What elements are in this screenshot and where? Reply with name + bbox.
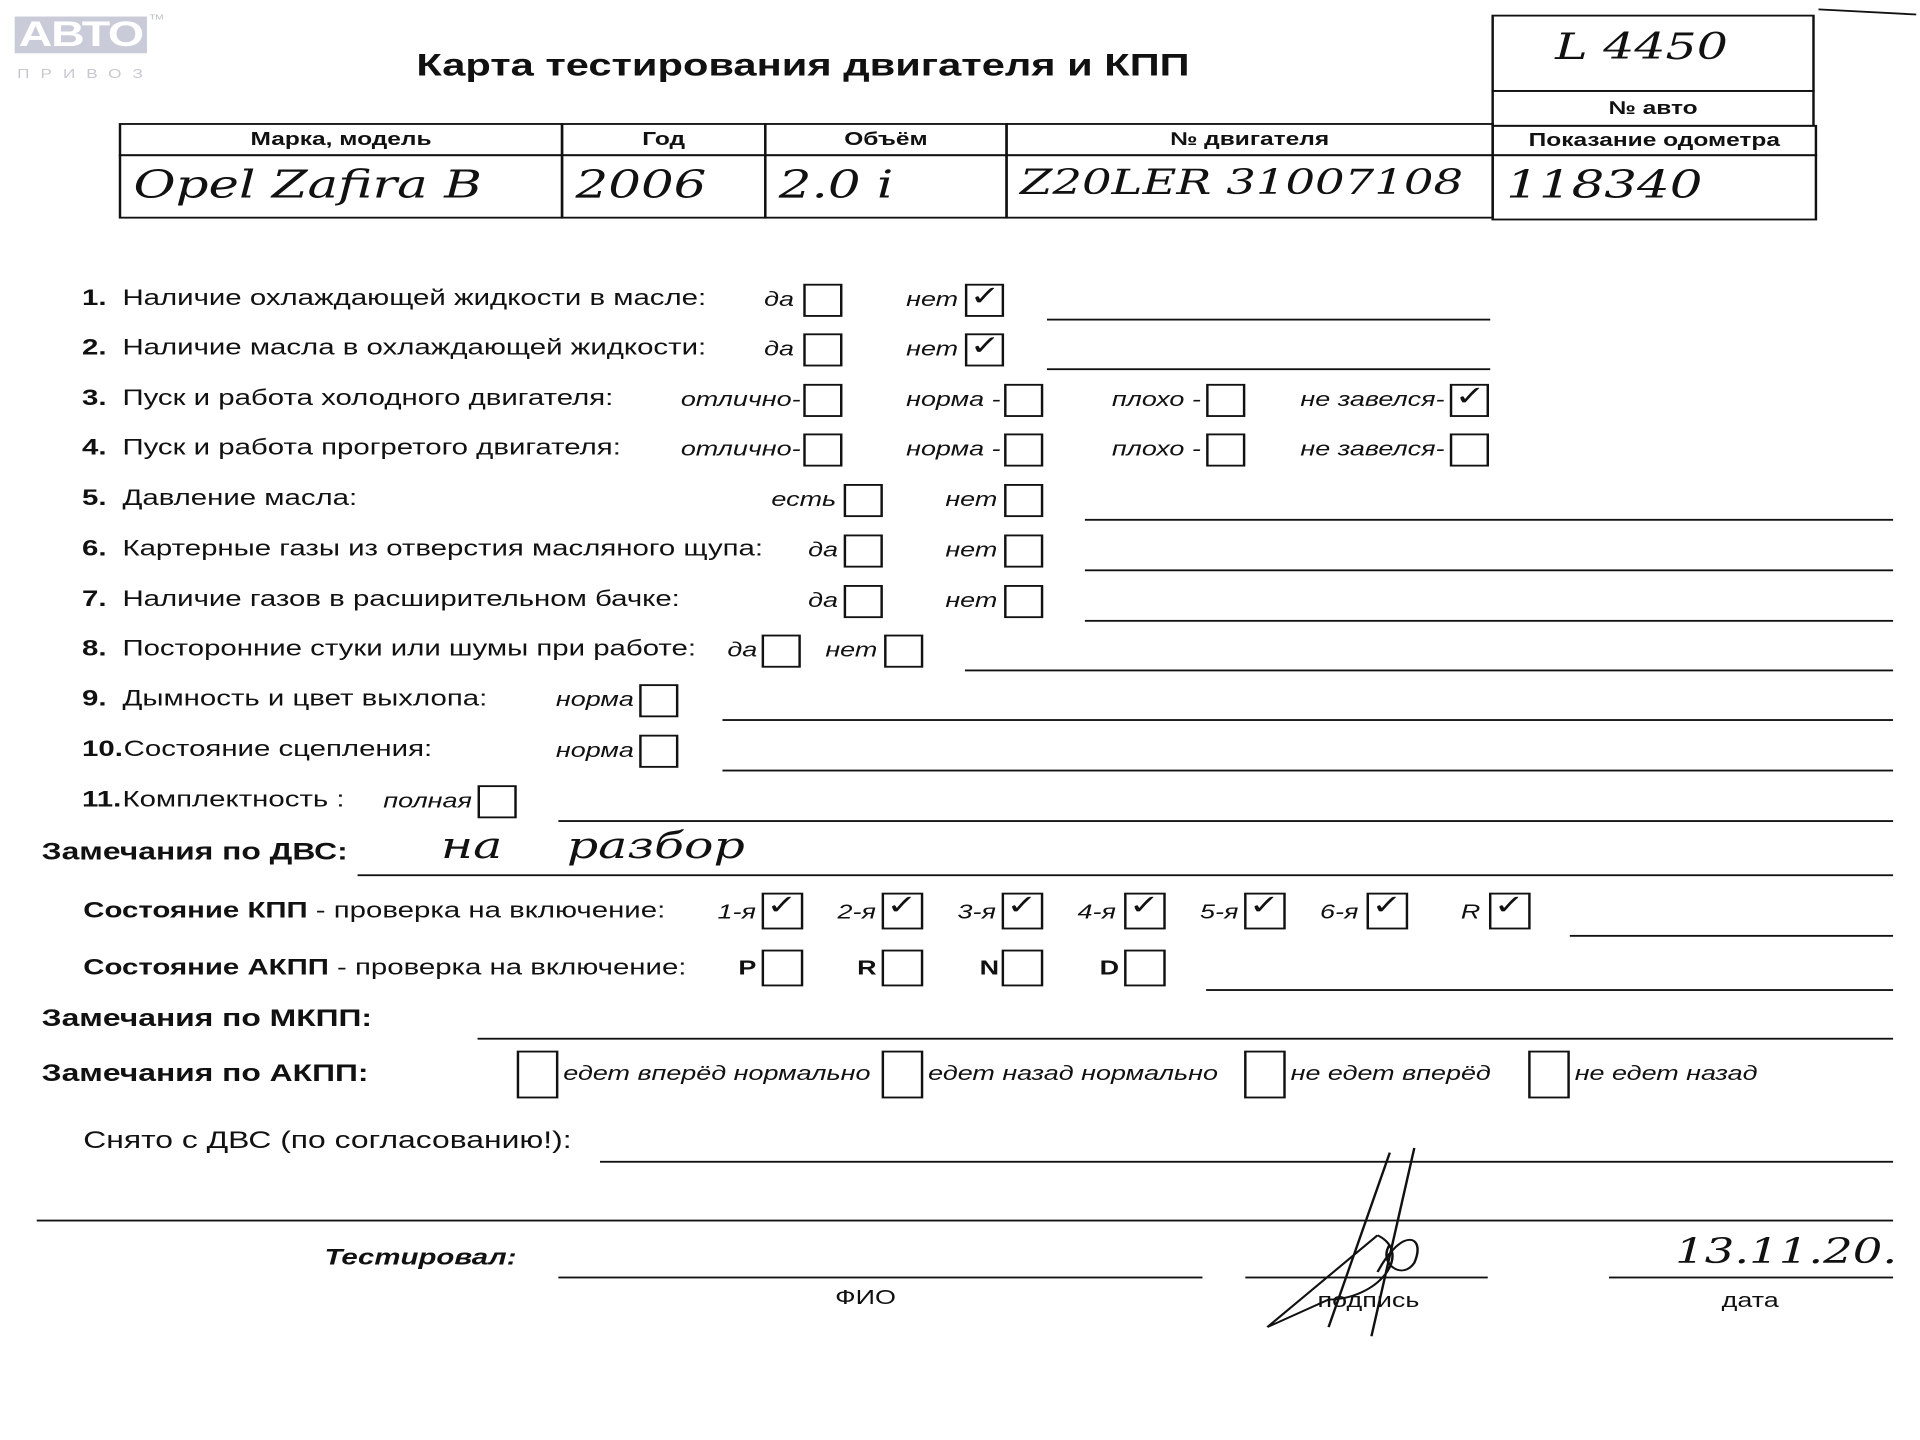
gear-checkbox[interactable]: ✓ (882, 893, 924, 930)
checkbox-да[interactable] (803, 333, 842, 366)
gearbox-label-rest: - проверка на включение: (308, 898, 666, 923)
check-mark-icon: ✓ (1494, 889, 1525, 922)
gear-label: 1-я (718, 900, 756, 924)
auto-remark-label: не едет вперёд (1291, 1062, 1491, 1086)
remarks-line[interactable] (1085, 620, 1893, 622)
option-label: нет (945, 589, 997, 613)
header-cell: Показание одометра (1491, 125, 1817, 156)
item-number: 4. (82, 435, 107, 461)
checkbox-незавелся[interactable] (1450, 433, 1489, 466)
check-mark-icon: ✓ (1455, 380, 1486, 413)
page-title: Карта тестирования двигателя и КПП (416, 48, 1189, 84)
check-mark-icon: ✓ (970, 330, 1001, 363)
option-label: норма - (906, 437, 1000, 461)
option-label: отлично- (681, 388, 801, 412)
item-label: Давление масла: (122, 486, 357, 512)
remarks-line[interactable] (722, 770, 1893, 772)
item-label: Наличие охлаждающей жидкости в масле: (122, 286, 706, 312)
gear-checkbox[interactable]: ✓ (762, 893, 804, 930)
auto-remark-checkbox[interactable] (1244, 1051, 1286, 1099)
tested-by-label: Тестировал: (324, 1245, 516, 1271)
gear-label: 5-я (1200, 900, 1238, 924)
engine-remarks-line[interactable] (358, 874, 1894, 876)
remarks-line[interactable] (1047, 368, 1490, 370)
gear-label: 3-я (958, 900, 996, 924)
option-label: нет (906, 337, 958, 361)
option-label: плохо - (1112, 388, 1201, 412)
manual-remarks-label: Замечания по МКПП: (42, 1004, 372, 1032)
item-number: 5. (82, 486, 107, 512)
item-number: 3. (82, 386, 107, 412)
item-number: 2. (82, 335, 107, 361)
mode-label: D (1100, 956, 1119, 980)
section-divider (37, 1220, 1893, 1222)
item-number: 6. (82, 536, 107, 562)
option-label: да (764, 337, 794, 361)
removed-line[interactable] (600, 1161, 1893, 1163)
item-number: 7. (82, 587, 107, 613)
auto-gearbox-label: Состояние АКПП - проверка на включение: (83, 955, 686, 981)
auto-remark-label: едет назад нормально (928, 1062, 1218, 1086)
header-cell: Год (561, 123, 767, 156)
option-label: не завелся- (1300, 388, 1444, 412)
cell-value: Opel Zafira B (133, 162, 481, 207)
mode-checkbox[interactable] (762, 950, 804, 987)
value-cell[interactable]: 2006 (561, 154, 767, 218)
auto-remark-checkbox[interactable] (517, 1051, 559, 1099)
auto-remark-label: не едет назад (1575, 1062, 1758, 1086)
engine-remarks-value: на разбор (441, 825, 745, 867)
checkbox-незавелся[interactable]: ✓ (1450, 384, 1489, 417)
auto-gearbox-label-bold: Состояние АКПП (83, 955, 329, 980)
gear-checkbox[interactable]: ✓ (1489, 893, 1531, 930)
header-cell: Объём (764, 123, 1008, 156)
auto-gearbox-label-rest: - проверка на включение: (329, 955, 687, 980)
checkbox-да[interactable] (803, 284, 842, 317)
gear-label: 6-я (1320, 900, 1358, 924)
gearbox-label: Состояние КПП - проверка на включение: (83, 898, 665, 924)
checkbox-норма[interactable] (639, 684, 678, 717)
car-number-label-cell: № авто (1491, 90, 1814, 127)
gear-label: 4-я (1078, 900, 1116, 924)
mode-checkbox[interactable] (1124, 950, 1166, 987)
option-label: норма (556, 688, 634, 712)
checkbox-есть[interactable] (844, 484, 883, 517)
date-label: дата (1722, 1289, 1779, 1313)
cell-value: 2006 (576, 162, 707, 207)
option-label: да (808, 589, 838, 613)
item-number: 10. (82, 737, 123, 763)
gear-label: R (1461, 900, 1480, 924)
remarks-line[interactable] (965, 670, 1893, 672)
gear-checkbox[interactable]: ✓ (1367, 893, 1409, 930)
car-number-label: № авто (1494, 92, 1812, 125)
checkbox-да[interactable] (844, 585, 883, 618)
check-mark-icon: ✓ (970, 280, 1001, 313)
column-header: Показание одометра (1494, 127, 1815, 155)
item-number: 11. (82, 787, 121, 813)
fio-label: ФИО (835, 1286, 896, 1310)
decorative-line (1818, 8, 1916, 15)
removed-label: Снято с ДВС (по согласованию!): (83, 1126, 571, 1154)
car-number-value: L 4450 (1555, 26, 1728, 68)
manual-remarks-line[interactable] (478, 1038, 1894, 1040)
checkbox-норма[interactable] (1004, 433, 1043, 466)
remarks-line[interactable] (1085, 569, 1893, 571)
cell-value: 118340 (1506, 162, 1702, 207)
option-label: да (727, 638, 757, 662)
check-mark-icon: ✓ (1371, 889, 1402, 922)
mode-label: P (738, 956, 756, 980)
logo: АВТО (15, 17, 147, 54)
remarks-line[interactable] (558, 820, 1893, 822)
checkbox-полная[interactable] (478, 785, 517, 818)
item-label: Состояние сцепления: (124, 737, 432, 763)
item-label: Комплектность : (122, 787, 344, 813)
checkbox-отлично[interactable] (803, 433, 842, 466)
header-cell: Марка, модель (119, 123, 563, 156)
gear-label: 2-я (838, 900, 876, 924)
option-label: да (764, 287, 794, 311)
check-mark-icon: ✓ (1129, 889, 1160, 922)
item-label: Пуск и работа прогретого двигателя: (122, 435, 620, 461)
option-label: есть (771, 488, 836, 512)
column-header: Объём (767, 125, 1006, 154)
value-cell[interactable]: Z20LER 31007108 (1005, 154, 1494, 218)
check-mark-icon: ✓ (1007, 889, 1038, 922)
date-line[interactable] (1609, 1277, 1893, 1279)
checkbox-плохо[interactable] (1206, 433, 1245, 466)
gearbox-label-bold: Состояние КПП (83, 898, 307, 923)
option-label: нет (825, 638, 877, 662)
checkbox-отлично[interactable] (803, 384, 842, 417)
option-label: плохо - (1112, 437, 1201, 461)
value-cell[interactable]: 118340 (1491, 154, 1817, 220)
checkbox-нет[interactable] (884, 635, 923, 668)
mode-checkbox[interactable] (882, 950, 924, 987)
checkbox-норма[interactable] (639, 735, 678, 768)
signature-icon (1255, 1143, 1463, 1345)
checkbox-норма[interactable] (1004, 384, 1043, 417)
remarks-line[interactable] (722, 719, 1893, 721)
option-label: нет (945, 538, 997, 562)
auto-remark-checkbox[interactable] (1528, 1051, 1570, 1099)
auto-remarks-label: Замечания по АКПП: (42, 1059, 369, 1087)
checkbox-нет[interactable] (1004, 535, 1043, 568)
checkbox-нет[interactable] (1004, 484, 1043, 517)
item-label: Наличие масла в охлаждающей жидкости: (122, 335, 706, 361)
logo-subtitle: ПРИВОЗ (17, 66, 154, 81)
date-value: 13.11.20. (1675, 1231, 1897, 1271)
item-label: Наличие газов в расширительном бачке: (122, 587, 679, 613)
mode-checkbox[interactable] (1002, 950, 1044, 987)
header-cell: № двигателя (1005, 123, 1494, 156)
value-cell[interactable]: Opel Zafira B (119, 154, 563, 218)
option-label: нет (906, 287, 958, 311)
item-label: Пуск и работа холодного двигателя: (122, 386, 613, 412)
auto-remark-checkbox[interactable] (882, 1051, 924, 1099)
item-number: 9. (82, 686, 107, 712)
cell-value: 2.0 i (779, 162, 894, 207)
checkbox-нет[interactable]: ✓ (965, 333, 1004, 366)
gear-checkbox[interactable]: ✓ (1244, 893, 1286, 930)
check-mark-icon: ✓ (1249, 889, 1280, 922)
trademark: TM (149, 13, 163, 21)
column-header: Марка, модель (121, 125, 561, 154)
item-label: Посторонние стуки или шумы при работе: (122, 636, 696, 662)
item-label: Картерные газы из отверстия масляного щу… (122, 536, 763, 562)
option-label: да (808, 538, 838, 562)
mode-label: N (980, 956, 999, 980)
option-label: отлично- (681, 437, 801, 461)
engine-remarks-label: Замечания по ДВС: (42, 838, 348, 866)
option-label: нет (945, 488, 997, 512)
auto-gearbox-remarks-line[interactable] (1206, 989, 1893, 991)
check-mark-icon: ✓ (887, 889, 918, 922)
engine-test-card: АВТО TM ПРИВОЗ Карта тестирования двигат… (0, 0, 1920, 1440)
item-number: 8. (82, 636, 107, 662)
checkbox-нет[interactable]: ✓ (965, 284, 1004, 317)
option-label: норма (556, 738, 634, 762)
checkbox-да[interactable] (762, 635, 801, 668)
gearbox-remarks-line[interactable] (1570, 935, 1893, 937)
option-label: норма - (906, 388, 1000, 412)
cell-value: Z20LER 31007108 (1020, 162, 1463, 202)
column-header: Год (563, 125, 764, 154)
value-cell[interactable]: 2.0 i (764, 154, 1008, 218)
gear-checkbox[interactable]: ✓ (1124, 893, 1166, 930)
checkbox-да[interactable] (844, 535, 883, 568)
gear-checkbox[interactable]: ✓ (1002, 893, 1044, 930)
option-label: не завелся- (1300, 437, 1444, 461)
checkbox-нет[interactable] (1004, 585, 1043, 618)
item-number: 1. (82, 286, 107, 312)
item-label: Дымность и цвет выхлопа: (122, 686, 487, 712)
car-number-cell[interactable]: L 4450 (1491, 15, 1814, 92)
column-header: № двигателя (1008, 125, 1492, 154)
checkbox-плохо[interactable] (1206, 384, 1245, 417)
remarks-line[interactable] (1085, 519, 1893, 521)
fio-line[interactable] (558, 1277, 1202, 1279)
mode-label: R (857, 956, 876, 980)
auto-remark-label: едет вперёд нормально (563, 1062, 870, 1086)
option-label: полная (383, 789, 472, 813)
check-mark-icon: ✓ (767, 889, 798, 922)
remarks-line[interactable] (1047, 319, 1490, 321)
